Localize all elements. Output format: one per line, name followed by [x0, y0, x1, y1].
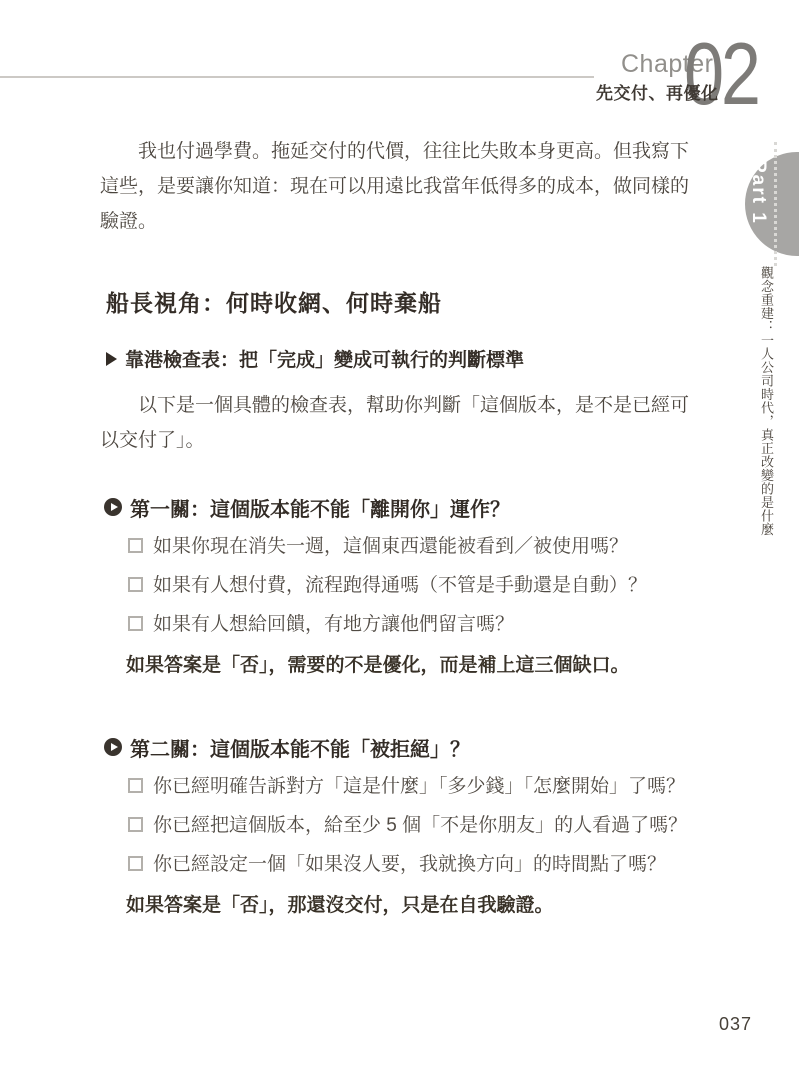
gate-1-title: 第一關：這個版本能不能「離開你」運作？	[130, 493, 510, 522]
gate-2-checklist: 你已經明確告訴對方「這是什麼」「多少錢」「怎麼開始」了嗎？ 你已經把這個版本，給…	[128, 775, 704, 877]
checklist-item-text: 你已經設定一個「如果沒人要，我就換方向」的時間點了嗎？	[153, 853, 666, 877]
empty-checkbox-icon	[128, 778, 143, 793]
gate-1-section: 第一關：這個版本能不能「離開你」運作？ 如果你現在消失一週，這個東西還能被看到／…	[104, 493, 704, 678]
page-number: 037	[719, 1014, 752, 1035]
part-title-vertical: 觀念重建：一人公司時代，真正改變的是什麼	[757, 266, 776, 536]
chapter-number: 02	[684, 30, 758, 118]
header-divider	[0, 76, 594, 78]
empty-checkbox-icon	[128, 856, 143, 871]
checklist-item: 你已經把這個版本，給至少 5 個「不是你朋友」的人看過了嗎？	[128, 814, 704, 838]
gate-1-checklist: 如果你現在消失一週，這個東西還能被看到／被使用嗎？ 如果有人想付費，流程跑得通嗎…	[128, 535, 704, 637]
checklist-item: 如果有人想付費，流程跑得通嗎（不管是手動還是自動）？	[128, 574, 704, 598]
empty-checkbox-icon	[128, 817, 143, 832]
checklist-item: 你已經明確告訴對方「這是什麼」「多少錢」「怎麼開始」了嗎？	[128, 775, 704, 799]
checklist-item: 如果有人想給回饋，有地方讓他們留言嗎？	[128, 613, 704, 637]
play-circle-icon	[104, 498, 122, 516]
section-subtitle: 靠港檢查表：把「完成」變成可執行的判斷標準	[106, 345, 524, 372]
checklist-item: 你已經設定一個「如果沒人要，我就換方向」的時間點了嗎？	[128, 853, 704, 877]
section-title: 船長視角：何時收網、何時棄船	[106, 285, 442, 318]
section-description: 以下是一個具體的檢查表，幫助你判斷「這個版本，是不是已經可以交付了」。	[100, 388, 706, 458]
play-triangle	[111, 743, 118, 751]
chapter-title: 先交付、再優化	[596, 79, 719, 104]
checklist-item-text: 如果有人想給回饋，有地方讓他們留言嗎？	[153, 613, 514, 637]
gate-2-conclusion: 如果答案是「否」，那還沒交付，只是在自我驗證。	[126, 894, 704, 918]
gate-2-section: 第二關：這個版本能不能「被拒絕」？ 你已經明確告訴對方「這是什麼」「多少錢」「怎…	[104, 733, 704, 918]
checklist-item-text: 你已經把這個版本，給至少 5 個「不是你朋友」的人看過了嗎？	[153, 814, 687, 838]
empty-checkbox-icon	[128, 577, 143, 592]
gate-1-heading: 第一關：這個版本能不能「離開你」運作？	[104, 493, 704, 521]
triangle-right-icon	[106, 352, 117, 366]
intro-paragraph: 我也付過學費。拖延交付的代價，往往比失敗本身更高。但我寫下這些，是要讓你知道：現…	[100, 134, 706, 239]
gate-2-heading: 第二關：這個版本能不能「被拒絕」？	[104, 733, 704, 761]
dotted-line	[774, 142, 777, 266]
play-circle-icon	[104, 738, 122, 756]
checklist-item-text: 如果你現在消失一週，這個東西還能被看到／被使用嗎？	[153, 535, 628, 559]
play-triangle	[111, 503, 118, 511]
gate-1-conclusion: 如果答案是「否」，需要的不是優化，而是補上這三個缺口。	[126, 654, 704, 678]
book-page: Chapter 02 先交付、再優化 Part 1 觀念重建：一人公司時代，真正…	[0, 0, 799, 1082]
checklist-item: 如果你現在消失一週，這個東西還能被看到／被使用嗎？	[128, 535, 704, 559]
checklist-item-text: 如果有人想付費，流程跑得通嗎（不管是手動還是自動）？	[153, 574, 647, 598]
section-subtitle-text: 靠港檢查表：把「完成」變成可執行的判斷標準	[125, 345, 524, 372]
gate-2-title: 第二關：這個版本能不能「被拒絕」？	[130, 733, 470, 762]
empty-checkbox-icon	[128, 538, 143, 553]
empty-checkbox-icon	[128, 616, 143, 631]
part-label: Part 1	[747, 160, 769, 225]
checklist-item-text: 你已經明確告訴對方「這是什麼」「多少錢」「怎麼開始」了嗎？	[153, 775, 685, 799]
